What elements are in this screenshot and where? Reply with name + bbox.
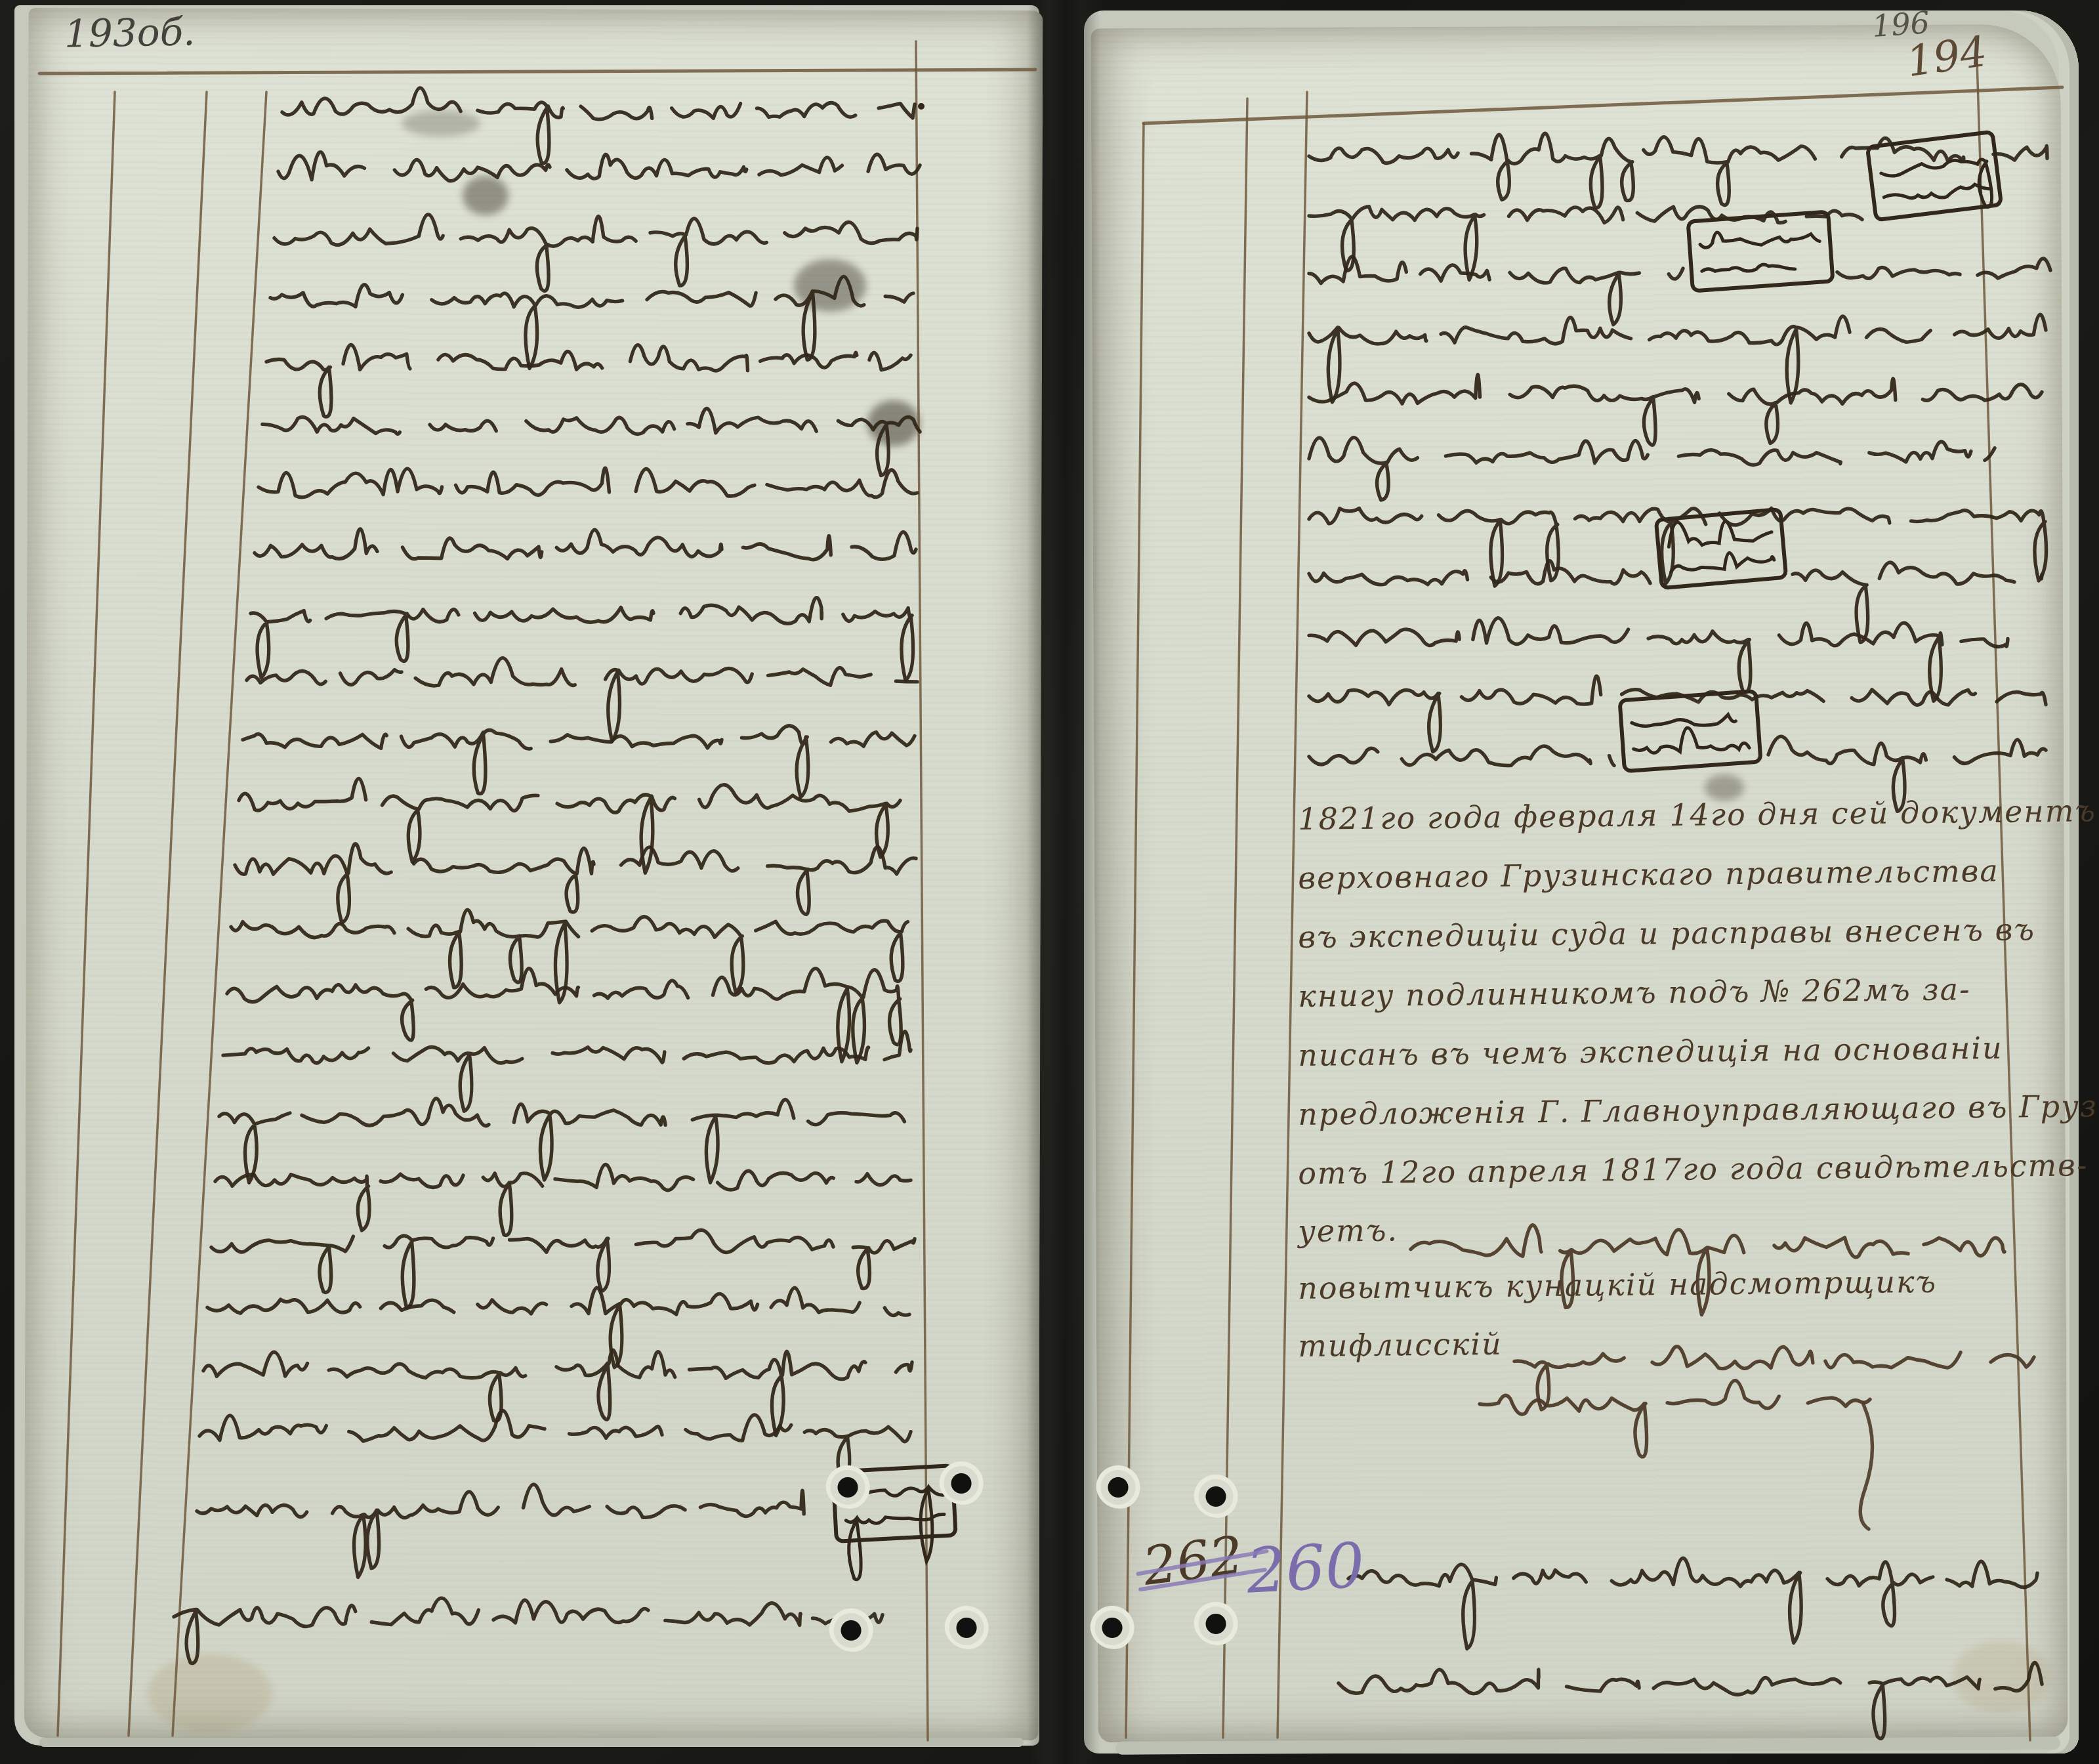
- attestation-line-5: писанъ въ чемъ экспедиція на основаніи: [1298, 1033, 2003, 1070]
- handwritten-line-left: [199, 1410, 911, 1482]
- handwritten-line-left: [211, 1230, 915, 1307]
- handwritten-line-mixed-flourish-tail: [1860, 1404, 1872, 1529]
- period-dot: [918, 103, 925, 110]
- handwritten-line-left: [219, 1099, 904, 1183]
- framed-word-box: [1688, 212, 1833, 291]
- handwritten-line-left: [235, 844, 916, 923]
- framed-word-box: [1619, 691, 1760, 771]
- handwritten-line-left: [197, 1484, 804, 1577]
- framed-word-text: [1699, 225, 1819, 249]
- handwritten-line-right: [1348, 1558, 2037, 1648]
- attestation-line-9: повытчикъ кунацкій надсмотрщикъ: [1298, 1267, 1937, 1303]
- attestation-line-1: 1821го года февраля 14го дня сей докумен…: [1298, 795, 2096, 834]
- framed-word-text: [1702, 262, 1795, 276]
- handwritten-line-right: [1309, 257, 1683, 325]
- margin-ruling-line: [916, 41, 928, 1740]
- punch-hole: [825, 1460, 874, 1509]
- handwritten-line-left: [274, 215, 917, 291]
- handwritten-line-left: [270, 276, 913, 368]
- handwritten-line-right: [1339, 1663, 2042, 1739]
- handwritten-line-left: [247, 658, 917, 742]
- attestation-line-6: предложенія Г. Главноуправляющаго въ Гру…: [1298, 1091, 2099, 1129]
- margin-ruling-line: [39, 70, 1035, 73]
- punch-hole: [944, 1601, 993, 1649]
- handwritten-line-left: [282, 88, 915, 163]
- handwritten-line-right: [1837, 259, 2050, 278]
- folio-number-left: 193об.: [64, 9, 196, 56]
- attestation-line-8: уетъ.: [1298, 1215, 1398, 1246]
- punch-hole: [829, 1603, 877, 1652]
- handwritten-line-right: [1309, 207, 1862, 280]
- attestation-line-10: тифлисскій: [1298, 1329, 1503, 1361]
- handwritten-line-right: [1309, 375, 2042, 446]
- scanner-background: 193об. 196 194 262 260 1821го года февра…: [0, 0, 2099, 1764]
- attestation-line-3: въ экспедиціи суда и расправы внесенъ въ: [1298, 914, 2035, 952]
- framed-word-text: [1632, 714, 1736, 730]
- framed-word-text: [1632, 724, 1749, 757]
- framed-word-text: [1670, 549, 1775, 574]
- handwritten-line-right: [1793, 562, 2042, 642]
- handwritten-line-right: [1309, 746, 1614, 766]
- attestation-line-7: отъ 12го апреля 1817го года свидѣтельств…: [1298, 1150, 2089, 1188]
- handwritten-line-mixed: [1514, 1347, 2034, 1410]
- punch-hole: [1096, 1460, 1144, 1509]
- margin-ruling-line: [58, 92, 115, 1736]
- margin-ruling-line: [173, 92, 266, 1736]
- margin-ruling-line: [129, 92, 207, 1736]
- handwritten-line-left: [215, 1164, 911, 1235]
- handwritten-line-left: [223, 1032, 911, 1111]
- handwritten-line-right: [1309, 618, 2008, 702]
- handwritten-line-right: [1309, 676, 2046, 751]
- handwritten-line-left: [259, 468, 917, 497]
- handwritten-line-left: [243, 726, 915, 797]
- attestation-line-4: книгу подлинникомъ подъ № 262мъ за-: [1298, 974, 1971, 1011]
- framed-word-box: [1867, 132, 2001, 221]
- handwritten-line-left: [278, 152, 920, 181]
- handwritten-line-left: [207, 1288, 909, 1367]
- punch-hole: [1194, 1469, 1242, 1518]
- punch-hole: [1090, 1601, 1138, 1649]
- handwritten-line-left: [227, 969, 901, 1063]
- handwritten-line-left: [255, 529, 916, 560]
- handwritten-line-left: [174, 1598, 883, 1663]
- handwritten-line-left: [251, 598, 913, 681]
- framed-word-text: [1884, 182, 1989, 204]
- margin-ruling-line: [1278, 92, 1307, 1738]
- handwritten-line-left: [266, 345, 911, 417]
- handwritten-line-right: [1309, 438, 1995, 500]
- framed-word-text: [1881, 156, 1993, 219]
- margin-ruling-line: [1144, 87, 2062, 123]
- punch-hole: [1194, 1597, 1242, 1645]
- handwritten-line-right: [1309, 561, 1650, 585]
- attestation-line-2: верховнаго Грузинскаго правительства: [1298, 856, 1999, 893]
- handwritten-line-left: [203, 1350, 912, 1435]
- framed-word-outline: [1688, 212, 1833, 291]
- handwritten-line-left: [262, 408, 920, 475]
- margin-ruling-line: [1976, 39, 2030, 1740]
- punch-hole: [939, 1456, 987, 1505]
